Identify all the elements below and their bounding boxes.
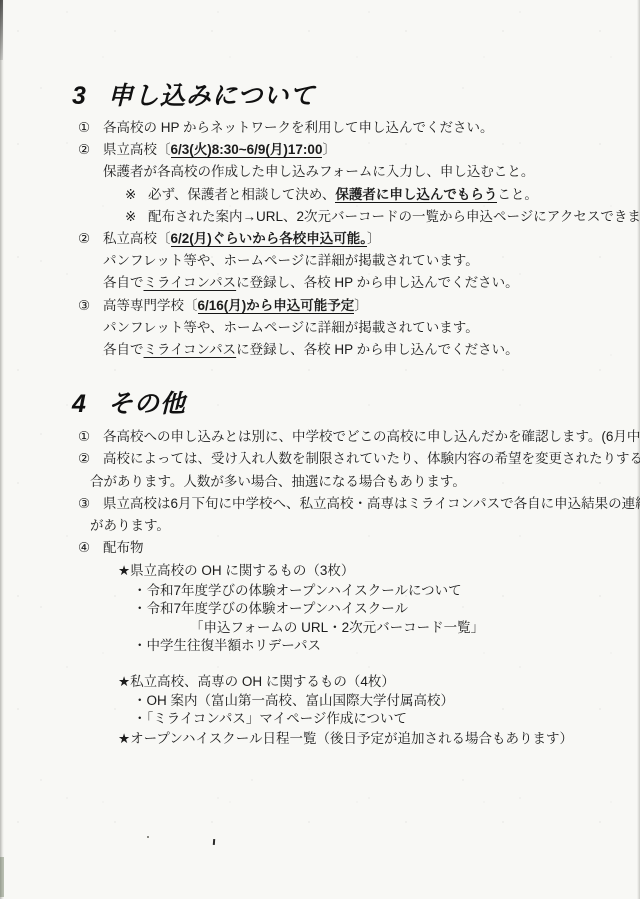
item-text: 県立高校〔 [103,142,171,157]
item-text: 〕 [322,142,336,157]
scan-edge-left-top [0,0,3,60]
item-text: ★県立高校の OH に関するもの（3枚） [118,563,354,578]
list-item-4: ③高等専門学校〔6/16(月)から申込可能予定〕 [0,295,640,317]
item-text: 〕 [354,298,368,313]
list-item-1: ①各高校への申し込みとは別に、中学校でどこの高校に申し込んだかを確認します。(6… [0,426,640,448]
item-text: に登録し、各校 HP から申し込んでください。 [236,275,519,290]
item-text: 各自で [103,342,144,357]
item-marker: ② [78,139,103,161]
section3-heading: 3申し込みについて [72,82,315,110]
item-text: 高校によっては、受け入れ人数を制限されていたり、体験内容の希望を変更されたりする… [103,451,640,466]
list-item-2-cont: 合があります。人数が多い場合、抽選になる場合もあります。 [0,471,640,493]
item-text: 各高校への申し込みとは別に、中学校でどこの高校に申し込んだかを確認します。(6月… [103,429,640,444]
item-text: こと。 [497,187,538,202]
list-subline: 各自でミライコンパスに登録し、各校 HP から申し込んでください。 [0,272,640,294]
section3-number: 3 [72,82,87,110]
item-text: ・OH 案内（富山第一高校、富山国際大学付属高校） [133,693,454,708]
item-text: 配布された案内→URL、2次元バーコードの一覧から申込ページにアクセスできます。 [148,209,640,224]
handout-group-private: ★私立高校、高専の OH に関するもの（4枚） [0,671,640,692]
handout-bullet: ・令和7年度学びの体験オープンハイスクールについて [0,581,640,600]
item-text: ・令和7年度学びの体験オープンハイスクールについて [133,583,462,598]
note-highlight: 保護者に申し込んでもらう [335,187,497,203]
section3-body: ①各高校の HP からネットワークを利用して申し込んでください。 ②県立高校〔6… [0,117,640,361]
section4-heading: 4その他 [72,390,186,418]
note-line-1: ※必ず、保護者と相談して決め、保護者に申し込んでもらうこと。 [0,184,640,206]
item-text: があります。 [90,518,170,533]
item-text: ・令和7年度学びの体験オープンハイスクール [133,601,408,616]
list-item-4: ④配布物 [0,537,640,559]
item-text: 「申込フォームの URL・2次元バーコード一覧」 [190,620,484,635]
item-text: 配布物 [103,540,144,555]
item-text: ★オープンハイスクール日程一覧（後日予定が追加される場合もあります） [118,731,573,746]
item-text: 私立高校〔 [103,231,171,246]
item-marker: ① [78,426,103,448]
list-subline: パンフレット等や、ホームページに詳細が掲載されています。 [0,317,640,339]
note-marker: ※ [125,206,148,228]
handout-group-prefectural: ★県立高校の OH に関するもの（3枚） [0,560,640,581]
scan-artifact-speck [147,836,149,838]
list-item-2: ②県立高校〔6/3(火)8:30~6/9(月)17:00〕 [0,139,640,161]
item-text: に登録し、各校 HP から申し込んでください。 [236,342,519,357]
item-marker: ② [78,448,103,470]
list-subline: 各自でミライコンパスに登録し、各校 HP から申し込んでください。 [0,339,640,361]
scanned-document-page: 3申し込みについて ①各高校の HP からネットワークを利用して申し込んでくださ… [0,0,640,899]
scan-artifact-mark [213,839,215,845]
item-text: 各高校の HP からネットワークを利用して申し込んでください。 [103,120,494,135]
list-item-3: ②私立高校〔6/2(月)ぐらいから各校申込可能。〕 [0,228,640,250]
miraicompass-link-text: ミライコンパス [144,275,237,290]
handout-group-schedule: ★オープンハイスクール日程一覧（後日予定が追加される場合もあります） [0,729,640,748]
miraicompass-link-text: ミライコンパス [144,342,237,357]
item-marker: ③ [78,493,103,515]
handout-bullet: ・「ミライコンパス」マイページ作成について [0,710,640,729]
list-item-3-cont: があります。 [0,515,640,537]
handout-bullet: ・令和7年度学びの体験オープンハイスクール [0,600,640,619]
section3-title: 申し込みについて [108,82,316,110]
note-marker: ※ [125,184,148,206]
handout-bullet: ・OH 案内（富山第一高校、富山国際大学付属高校） [0,692,640,711]
list-subline: 保護者が各高校の作成した申し込みフォームに入力し、申し込むこと。 [0,161,640,183]
item-text: 〕 [367,231,381,246]
item-text: 保護者が各高校の作成した申し込みフォームに入力し、申し込むこと。 [103,164,534,179]
section4-body: ①各高校への申し込みとは別に、中学校でどこの高校に申し込んだかを確認します。(6… [0,426,640,748]
section4-number: 4 [72,390,87,418]
scan-edge-bottom-left [0,857,4,897]
deadline-highlight: 6/2(月)ぐらいから各校申込可能。 [171,231,368,247]
item-text: パンフレット等や、ホームページに詳細が掲載されています。 [103,253,479,268]
item-marker: ③ [78,295,103,317]
item-marker: ④ [78,537,103,559]
item-text: パンフレット等や、ホームページに詳細が掲載されています。 [103,320,479,335]
handout-bullet: ・中学生往復半額ホリデーパス [0,637,640,656]
section4-title: その他 [108,390,186,418]
item-text: 必ず、保護者と相談して決め、 [148,187,335,202]
list-item-2: ②高校によっては、受け入れ人数を制限されていたり、体験内容の希望を変更されたりす… [0,448,640,470]
item-text: 県立高校は6月下旬に中学校へ、私立高校・高専はミライコンパスで各自に申込結果の連… [103,496,640,511]
item-text: 各自で [103,275,144,290]
item-marker: ① [78,117,103,139]
item-text: 合があります。人数が多い場合、抽選になる場合もあります。 [90,474,466,489]
list-item-3: ③県立高校は6月下旬に中学校へ、私立高校・高専はミライコンパスで各自に申込結果の… [0,493,640,515]
item-marker: ② [78,228,103,250]
deadline-highlight: 6/16(月)から申込可能予定 [198,298,355,314]
deadline-highlight: 6/3(火)8:30~6/9(月)17:00 [171,142,323,158]
item-text: ・中学生往復半額ホリデーパス [133,638,321,653]
note-line-2: ※配布された案内→URL、2次元バーコードの一覧から申込ページにアクセスできます… [0,206,640,228]
item-text: ・「ミライコンパス」マイページ作成について [133,711,407,726]
item-text: ★私立高校、高専の OH に関するもの（4枚） [118,674,395,689]
list-subline: パンフレット等や、ホームページに詳細が掲載されています。 [0,250,640,272]
list-item-1: ①各高校の HP からネットワークを利用して申し込んでください。 [0,117,640,139]
handout-bullet-subtitle: 「申込フォームの URL・2次元バーコード一覧」 [0,619,640,638]
item-text: 高等専門学校〔 [103,298,198,313]
